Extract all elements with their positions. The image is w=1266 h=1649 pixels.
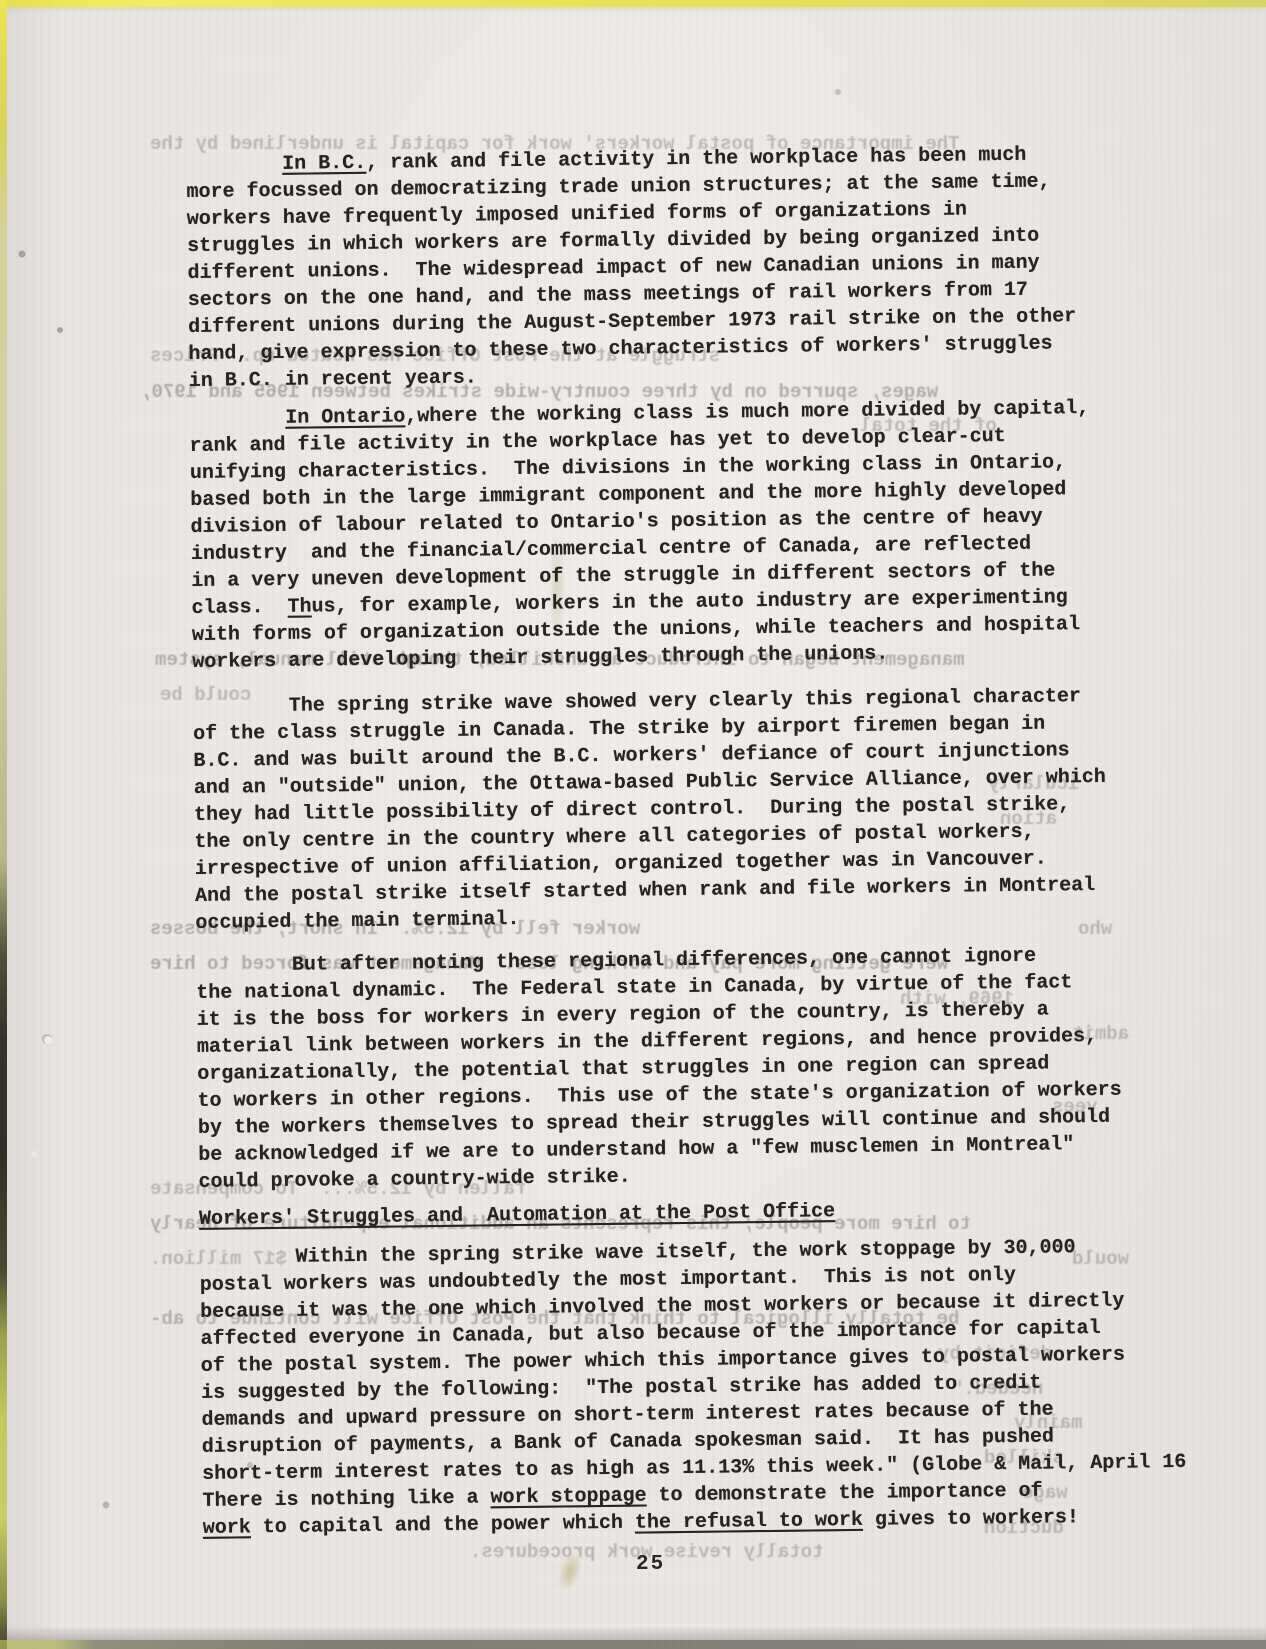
- book-cover-top-edge: [0, 0, 1266, 7]
- paragraph-ontario-divisions: In Ontario,where the working class is mu…: [189, 395, 1092, 676]
- paragraph-spring-strike-wave: The spring strike wave showed very clear…: [193, 683, 1108, 937]
- section-heading: Workers' Struggles and Automation at the…: [199, 1198, 835, 1233]
- paragraph-bc-rank-and-file: In B.C., rank and file activity in the w…: [186, 141, 1077, 395]
- paragraph-national-dynamic: But after noting these regional differen…: [196, 942, 1123, 1196]
- page-number: 25: [636, 1552, 665, 1578]
- paragraph-post-office-stoppage: Within the spring strike wave itself, th…: [199, 1233, 1187, 1542]
- typed-line: Workers' Struggles and Automation at the…: [199, 1198, 835, 1233]
- bottom-shadow: [0, 1626, 1266, 1640]
- book-cover-spine-edge: [0, 0, 7, 1649]
- typed-text-block: In B.C., rank and file activity in the w…: [186, 137, 1234, 1609]
- book-cover-bottom-edge: [0, 1640, 1266, 1649]
- scanned-page: The importance of postal workers' work f…: [0, 0, 1266, 1649]
